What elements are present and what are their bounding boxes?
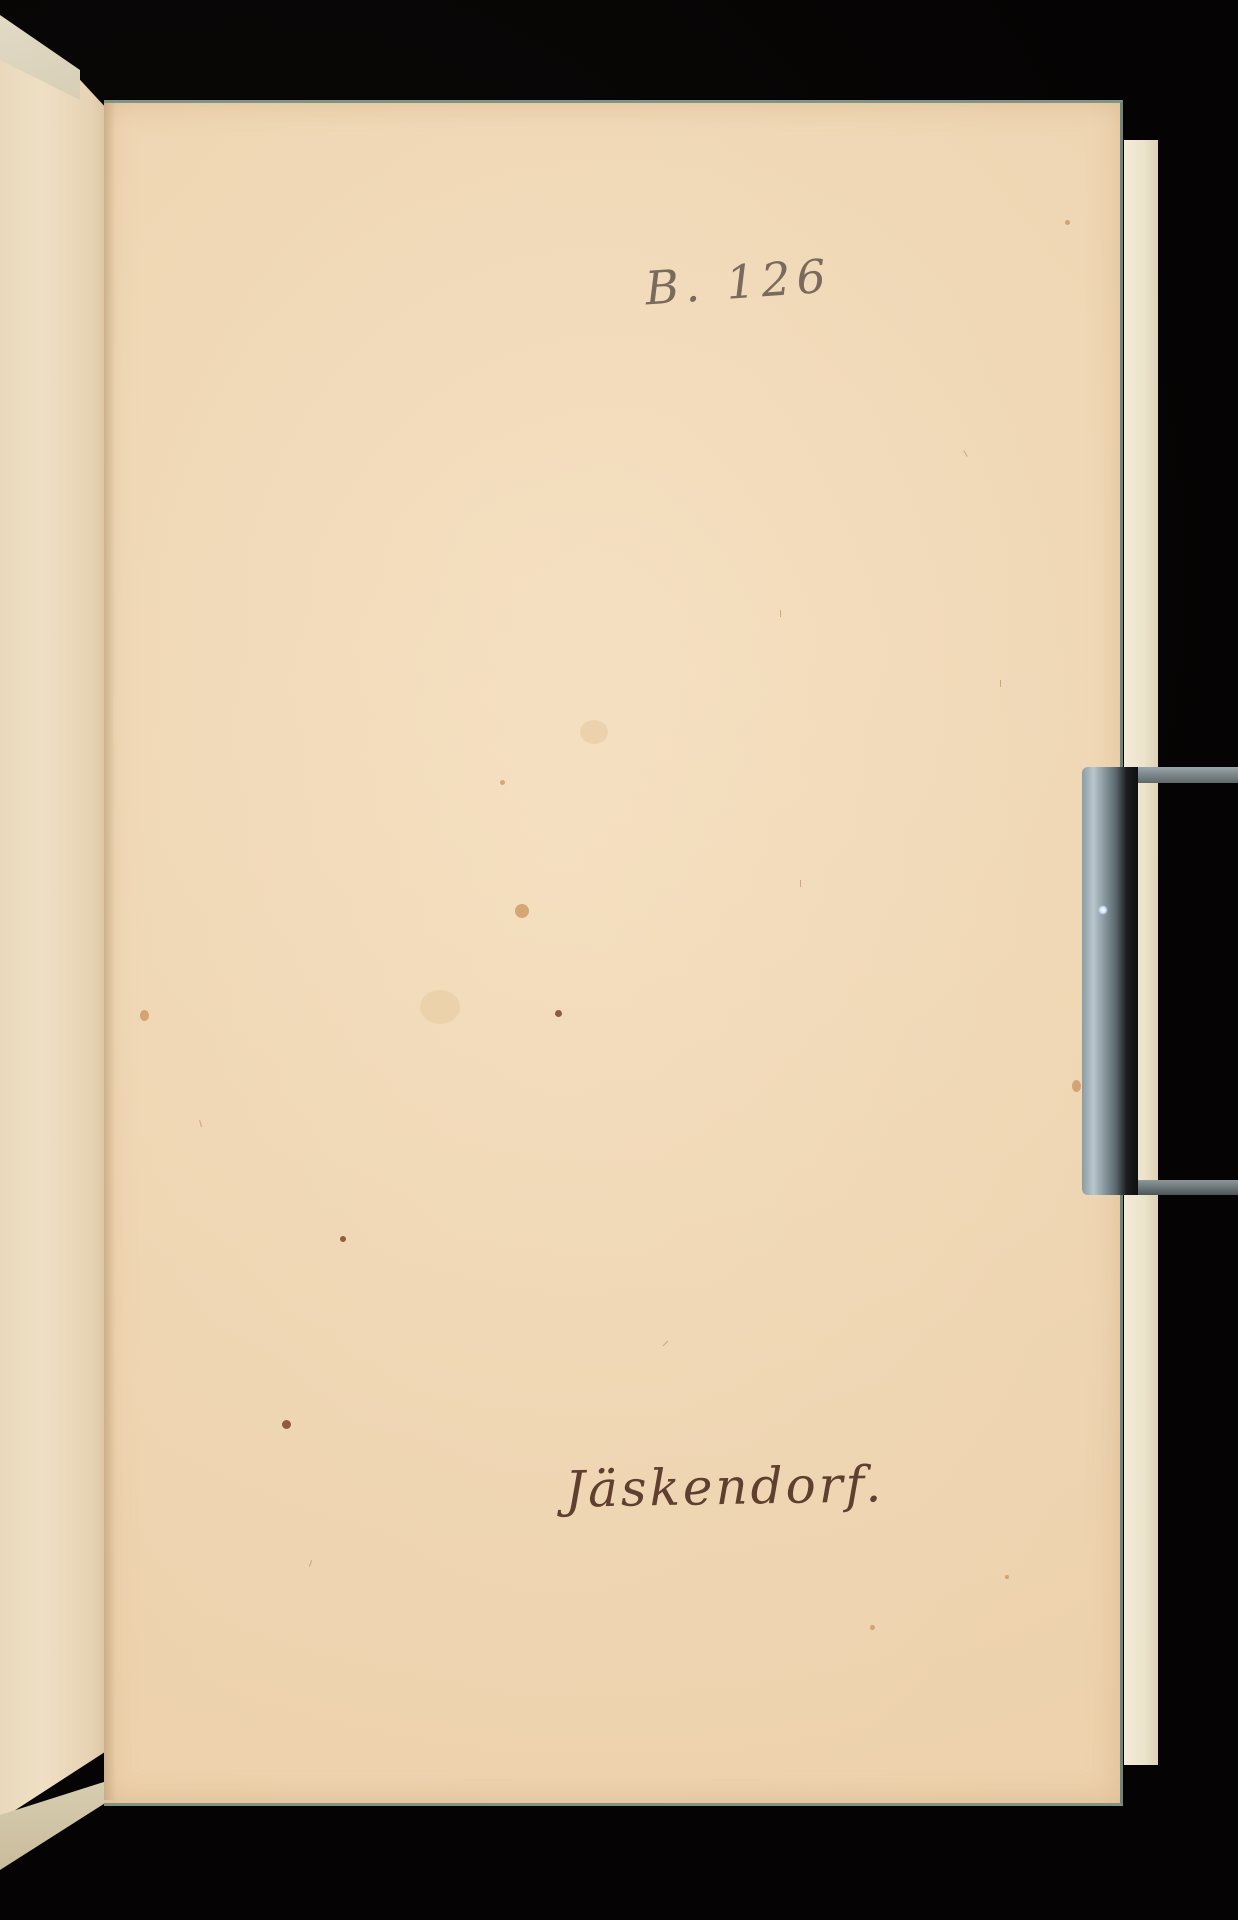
foxing-spot <box>1072 1080 1081 1092</box>
clamp-bottom-bar <box>1138 1180 1238 1195</box>
foxing-spot <box>140 1010 149 1021</box>
clamp-top-bar <box>1138 767 1238 783</box>
foxing-spot <box>555 1010 562 1017</box>
foxing-spot <box>340 1236 346 1242</box>
foxing-spot <box>870 1625 875 1630</box>
foxing-spot <box>282 1420 291 1429</box>
owner-signature: Jäskendorf. <box>565 1455 885 1519</box>
light-reflection <box>1098 905 1108 915</box>
foxing-spot <box>500 780 505 785</box>
endpaper-page <box>104 100 1123 1806</box>
stain <box>420 990 460 1024</box>
paper-fleck <box>1000 680 1001 687</box>
stain <box>580 720 608 744</box>
left-flyleaf <box>0 40 108 1820</box>
foxing-spot <box>1065 220 1070 225</box>
foxing-spot <box>1005 1575 1009 1579</box>
acrylic-book-clamp <box>1082 767 1138 1195</box>
paper-fleck <box>800 880 801 887</box>
foxing-spot <box>515 904 529 918</box>
page-gutter-shadow <box>104 100 116 1800</box>
paper-fleck <box>780 610 781 617</box>
